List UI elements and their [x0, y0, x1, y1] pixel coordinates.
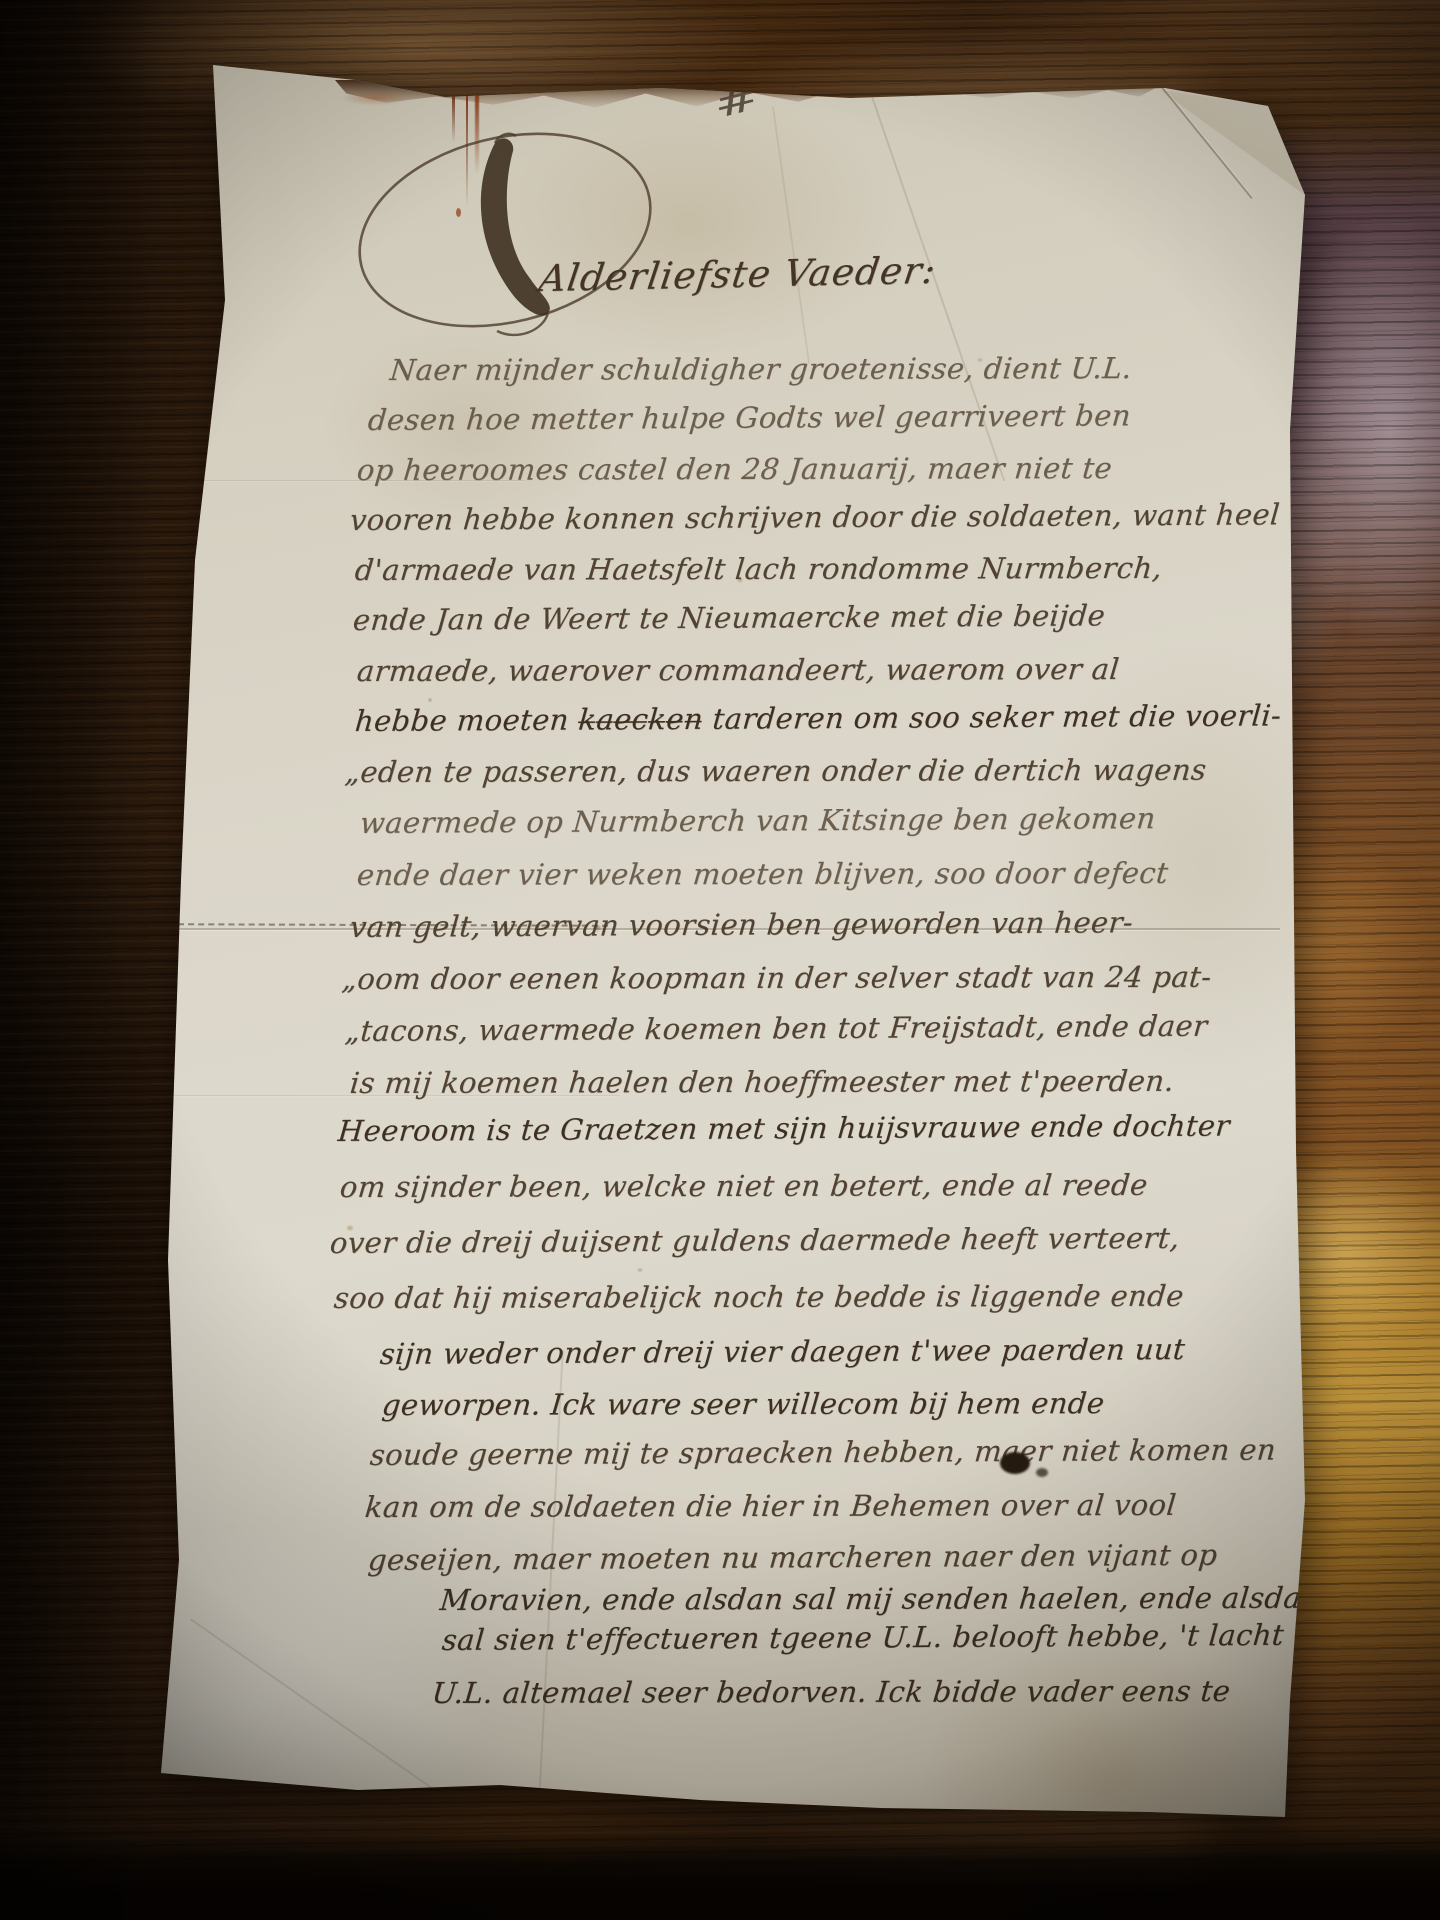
manuscript-line: over die dreij duijsent guldens daermede…	[329, 1223, 1181, 1260]
manuscript-line: Moravien, ende alsdan sal mij senden hae…	[439, 1583, 1340, 1617]
manuscript-line: geseijen, maer moeten nu marcheren naer …	[367, 1540, 1219, 1577]
manuscript-line: U.L. altemael seer bedorven. Ick bidde v…	[431, 1676, 1232, 1710]
calligraphic-initial-flourish	[345, 125, 665, 345]
manuscript-line: armaede, waerover commandeert, waerom ov…	[356, 654, 1121, 688]
table-edge-shadow	[0, 1828, 1440, 1920]
manuscript-line: ende daer vier weken moeten blijven, soo…	[356, 858, 1170, 892]
manuscript-line: hebbe moeten k̶a̶e̶c̶k̶e̶n̶ tarderen om …	[354, 700, 1283, 738]
manuscript-line: waermede op Nurmberch van Kitsinge ben g…	[359, 803, 1157, 840]
manuscript-line: desen hoe metter hulpe Godts wel gearriv…	[367, 400, 1132, 437]
torn-top-edge-stain	[335, 80, 900, 110]
manuscript-line: van gelt, waervan voorsien ben geworden …	[349, 907, 1135, 944]
vertical-crease-top-center	[772, 106, 810, 364]
manuscript-line: „oom door eenen koopman in der selver st…	[341, 962, 1213, 996]
manuscript-line: sijn weder onder dreij vier daegen t'wee…	[379, 1334, 1187, 1371]
ink-blot-small	[1036, 1468, 1048, 1477]
manuscript-line: om sijnder been, welcke niet en betert, …	[339, 1170, 1150, 1204]
rust-smudge	[340, 90, 410, 106]
torn-top-edge-stain-right	[900, 84, 1160, 102]
ink-blot	[1000, 1452, 1030, 1474]
manuscript-line: „eden te passeren, dus waeren onder die …	[344, 755, 1208, 789]
photo-scene: # Alderliefste Vaeder: Naer mijnder schu…	[0, 0, 1440, 1920]
manuscript-line: soo dat hij miserabelijck noch te bedde …	[333, 1281, 1186, 1315]
manuscript-line: op heeroomes castel den 28 Januarij, mae…	[356, 453, 1114, 487]
manuscript-letter: # Alderliefste Vaeder: Naer mijnder schu…	[100, 60, 1330, 1890]
manuscript-line: „tacons, waermede koemen ben tot Freijst…	[344, 1011, 1209, 1048]
manuscript-line: d'armaede van Haetsfelt lach rondomme Nu…	[354, 553, 1164, 587]
manuscript-line: kan om de soldaeten die hier in Behemen …	[364, 1490, 1178, 1524]
page-mark: #	[710, 79, 764, 125]
manuscript-line: is mij koemen haelen den hoeffmeester me…	[349, 1066, 1176, 1100]
manuscript-line: sal sien t'effectueren tgeene U.L. beloo…	[441, 1620, 1286, 1657]
corner-fold	[1160, 80, 1310, 200]
manuscript-line: geworpen. Ick ware seer willecom bij hem…	[381, 1388, 1106, 1422]
manuscript-line: Naer mijnder schuldigher groetenisse, di…	[389, 353, 1134, 387]
manuscript-line: vooren hebbe konnen schrijven door die s…	[349, 499, 1281, 537]
manuscript-line: soude geerne mij te spraecken hebben, ma…	[369, 1434, 1278, 1471]
letter-salutation: Alderliefste Vaeder:	[537, 252, 939, 297]
manuscript-line: Heeroom is te Graetzen met sijn huijsvra…	[337, 1111, 1231, 1148]
diagonal-crease-bottom-left	[190, 1618, 478, 1820]
manuscript-line: ende Jan de Weert te Nieumaercke met die…	[352, 600, 1107, 636]
paper-sheet: # Alderliefste Vaeder: Naer mijnder schu…	[100, 60, 1330, 1890]
